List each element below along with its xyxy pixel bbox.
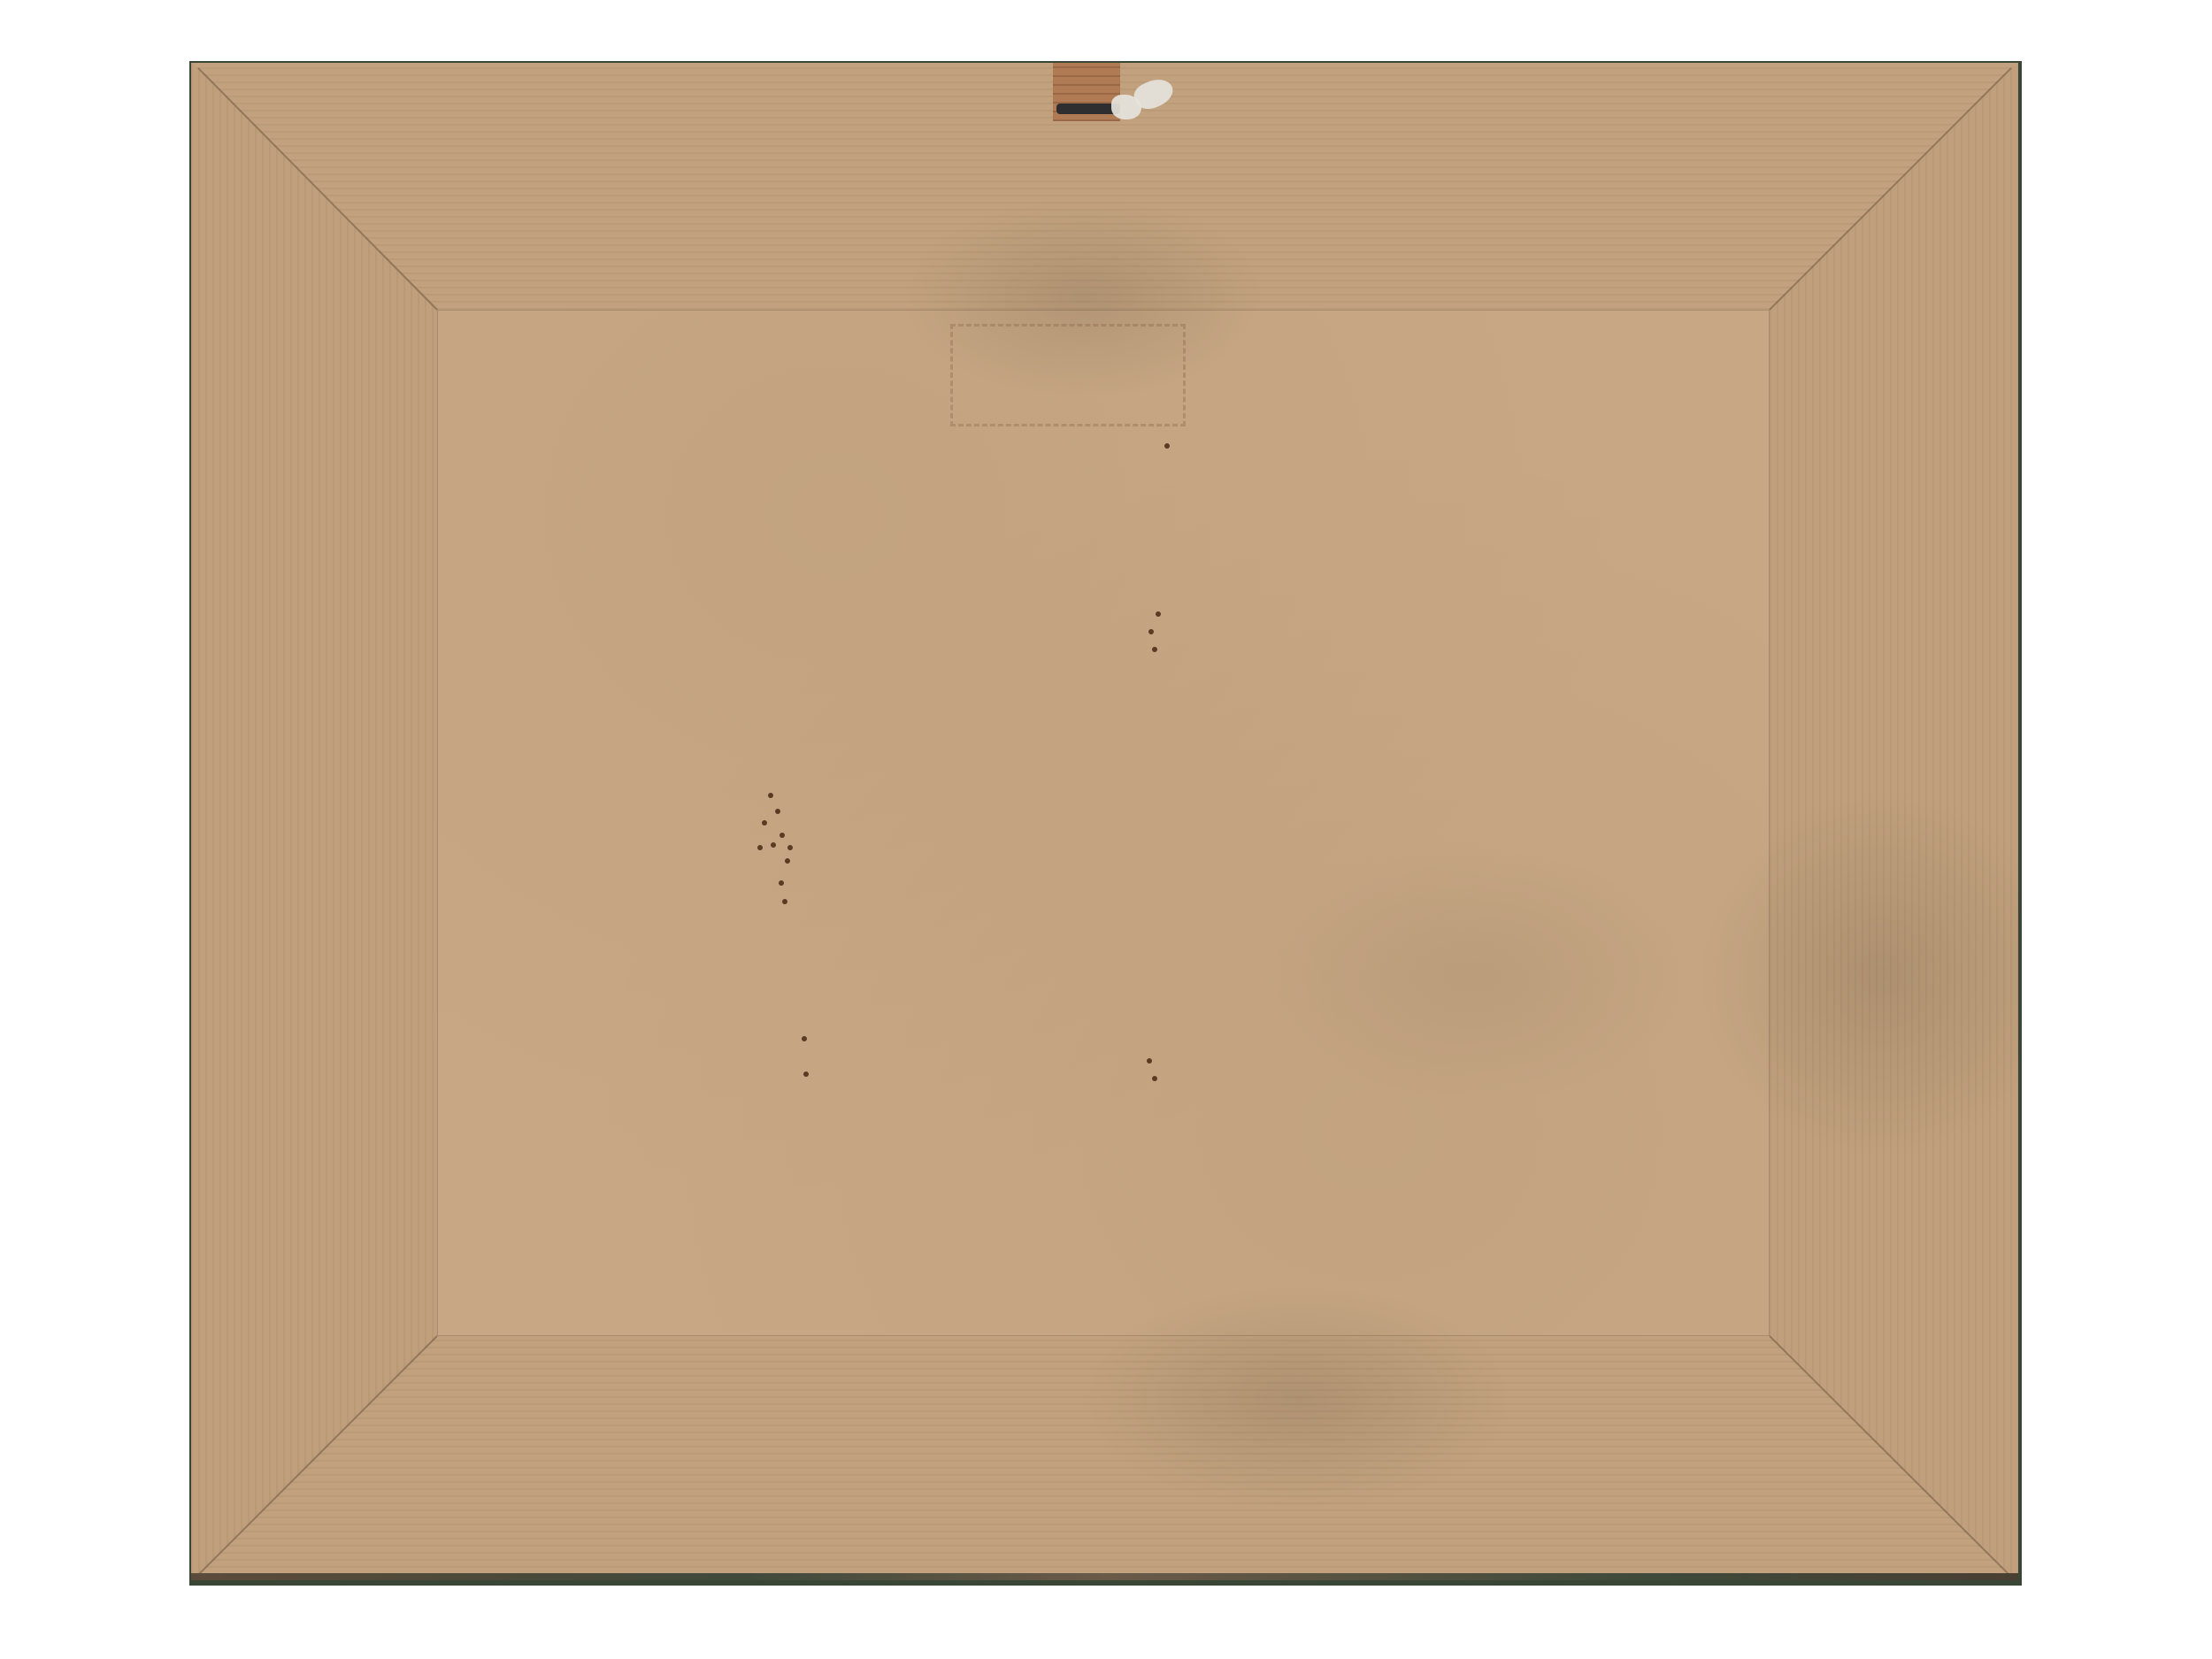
kraft-paper-backing xyxy=(191,63,2018,1580)
miter-seams xyxy=(191,63,2018,1580)
frame-bottom-rim xyxy=(191,1573,2018,1580)
picture-frame-back xyxy=(189,61,2022,1586)
